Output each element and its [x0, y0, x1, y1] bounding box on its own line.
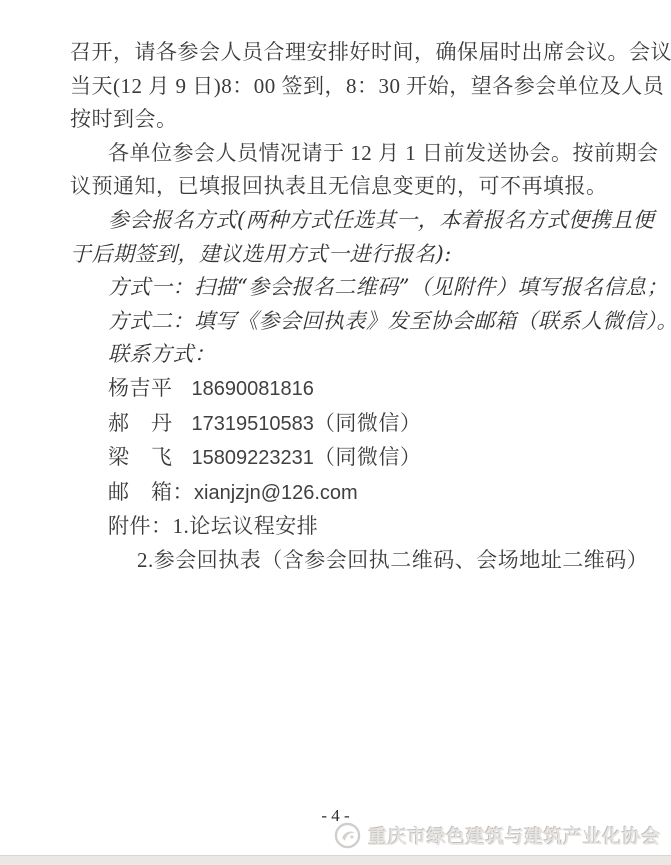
contact-note: （同微信） [314, 445, 422, 469]
document-body: 召开，请各参会人员合理安排好时间，确保届时出席会议。会议 当天(12 月 9 日… [70, 36, 613, 578]
association-watermark: 重庆市绿色建筑与建筑产业化协会 [334, 822, 661, 849]
registration-intro-line: 参会报名方式(两种方式任选其一，本着报名方式便携且便 [70, 204, 613, 238]
contact-header: 联系方式： [70, 338, 613, 372]
registration-intro-line: 于后期签到，建议选用方式一进行报名): [70, 238, 613, 272]
contact-phone: 15809223231 [192, 447, 314, 469]
paragraph-line: 召开，请各参会人员合理安排好时间，确保届时出席会议。会议 [70, 36, 613, 70]
contact-phone: 18690081816 [192, 378, 314, 400]
paragraph-line: 议预通知，已填报回执表且无信息变更的，可不再填报。 [70, 170, 613, 204]
method-one-line: 方式一：扫描“参会报名二维码”（见附件）填写报名信息； [70, 271, 613, 305]
page-footer-strip [0, 855, 671, 865]
paragraph-line: 当天(12 月 9 日)8：00 签到，8：30 开始，望各参会单位及人员 [70, 70, 613, 104]
email-row: 邮 箱：xianjzjn@126.com [70, 476, 613, 511]
document-page: 召开，请各参会人员合理安排好时间，确保届时出席会议。会议 当天(12 月 9 日… [0, 0, 671, 865]
email-label: 邮 箱： [108, 480, 194, 504]
paragraph-line: 各单位参会人员情况请于 12 月 1 日前发送协会。按前期会 [70, 137, 613, 171]
contact-phone: 17319510583 [192, 413, 314, 435]
contact-row: 杨吉平18690081816 [70, 372, 613, 407]
attachment-row: 附件：1.论坛议程安排 [70, 510, 613, 544]
contact-row: 郝 丹17319510583（同微信） [70, 407, 613, 442]
association-logo-icon [334, 822, 361, 849]
watermark-label: 重庆市绿色建筑与建筑产业化协会 [368, 822, 661, 849]
attachment-item: 2.参会回执表（含参会回执二维码、会场地址二维码） [70, 544, 613, 578]
paragraph-line: 按时到会。 [70, 103, 613, 137]
email-value: xianjzjn@126.com [194, 482, 358, 504]
attachment-item: 1.论坛议程安排 [173, 514, 319, 538]
contact-note: （同微信） [314, 411, 422, 435]
contact-name: 梁 飞 [108, 445, 173, 469]
method-two-line: 方式二：填写《参会回执表》发至协会邮箱（联系人微信）。 [70, 305, 613, 339]
contact-name: 郝 丹 [108, 411, 173, 435]
contact-row: 梁 飞15809223231（同微信） [70, 441, 613, 476]
contact-name: 杨吉平 [108, 376, 173, 400]
attachments-label: 附件： [108, 514, 173, 538]
